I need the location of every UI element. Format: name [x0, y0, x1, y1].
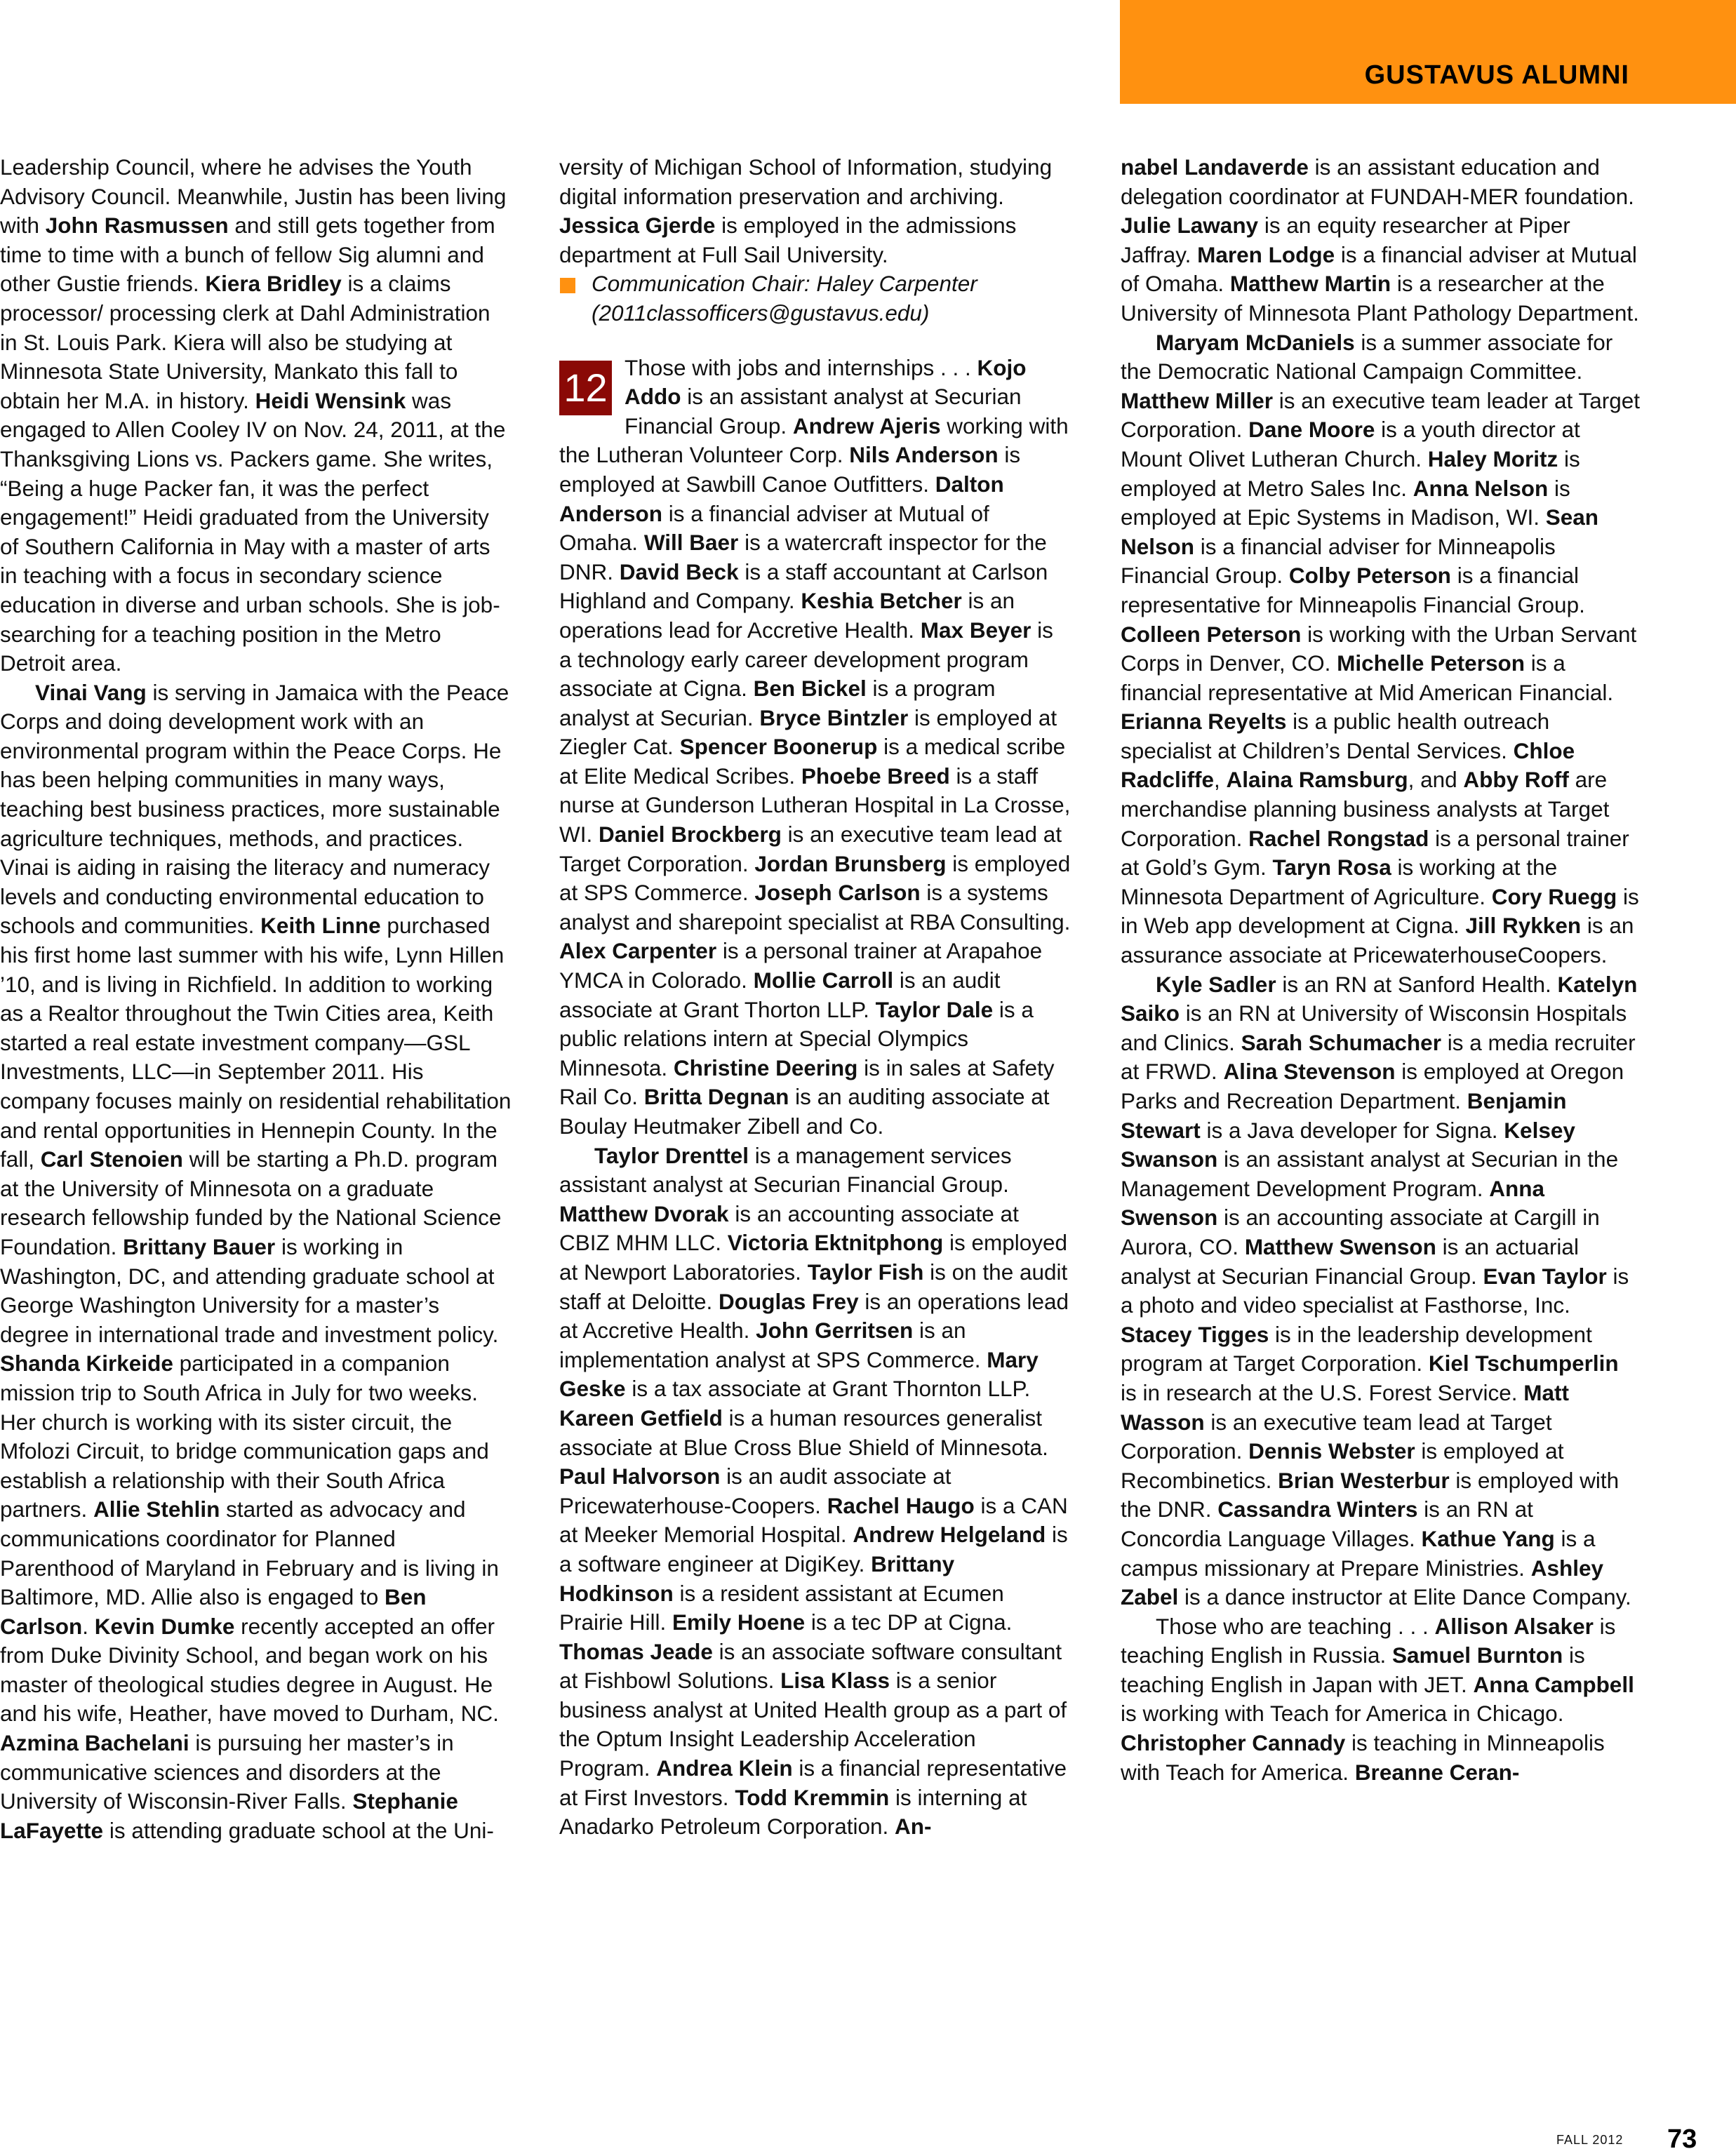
- alumni-name: Taylor Drenttel: [594, 1143, 749, 1168]
- alumni-name: Thomas Jeade: [559, 1639, 713, 1664]
- alumni-name: Will Baer: [644, 530, 739, 555]
- alumni-name: Taylor Fish: [808, 1259, 924, 1285]
- issue-season: FALL 2012: [1556, 2133, 1623, 2148]
- alumni-name: Carl Stenoien: [41, 1146, 183, 1172]
- alumni-name: Jessica Gjerde: [559, 213, 715, 238]
- alumni-name: Spencer Boonerup: [680, 734, 878, 759]
- alumni-name: Victoria Ektnitphong: [728, 1230, 943, 1255]
- text-column-3: nabel Landaverde is an assistant educati…: [1121, 153, 1640, 1787]
- alumni-name: Matthew Miller: [1121, 388, 1273, 413]
- alumni-name: Anna Nelson: [1413, 476, 1549, 501]
- alumni-name: Kiel Tschumperlin: [1429, 1351, 1619, 1376]
- alumni-name: Cory Ruegg: [1492, 884, 1617, 909]
- alumni-name: Mollie Carroll: [754, 967, 894, 993]
- alumni-name: Andrew Helgeland: [853, 1522, 1046, 1547]
- alumni-name: Erianna Reyelts: [1121, 709, 1286, 734]
- paragraph: Leadership Council, where he advises the…: [0, 153, 512, 678]
- alumni-name: Jordan Brunsberg: [754, 851, 946, 876]
- alumni-name: Taryn Rosa: [1273, 855, 1391, 880]
- text-column-2: versity of Michigan School of Informatio…: [559, 153, 1071, 1842]
- alumni-name: Douglas Frey: [719, 1289, 859, 1314]
- class-of-2012-section: 12 Those with jobs and internships . . .…: [559, 354, 1071, 1141]
- page-number: 73: [1667, 2124, 1697, 2155]
- alumni-name: Emily Hoene: [672, 1609, 805, 1635]
- alumni-name: Alex Carpenter: [559, 938, 716, 963]
- alumni-name: Matt Wasson: [1121, 1380, 1569, 1435]
- text-column-1: Leadership Council, where he advises the…: [0, 153, 512, 1845]
- alumni-name: Anna Campbell: [1474, 1672, 1634, 1697]
- alumni-name: Colleen Peterson: [1121, 622, 1301, 647]
- alumni-name: Anna Swenson: [1121, 1176, 1544, 1231]
- alumni-name: Ben Bickel: [754, 676, 867, 701]
- alumni-name: Azmina Bachelani: [0, 1730, 189, 1755]
- alumni-name: Joseph Carlson: [754, 880, 920, 905]
- alumni-name: Alina Stevenson: [1223, 1059, 1395, 1084]
- paragraph: Vinai Vang is serving in Jamaica with th…: [0, 678, 512, 1846]
- paragraph: Kyle Sadler is an RN at Sanford Health. …: [1121, 970, 1640, 1612]
- alumni-name: Dennis Webster: [1248, 1438, 1415, 1464]
- paragraph: nabel Landaverde is an assistant educati…: [1121, 153, 1640, 328]
- alumni-name: nabel Landaverde: [1121, 154, 1309, 180]
- alumni-name: Vinai Vang: [35, 680, 147, 705]
- alumni-name: Taylor Dale: [876, 997, 993, 1022]
- alumni-name: Ashley Zabel: [1121, 1555, 1603, 1610]
- alumni-name: Keith Linne: [260, 913, 381, 938]
- alumni-name: Dane Moore: [1248, 417, 1375, 442]
- alumni-name: Brittany Bauer: [123, 1234, 275, 1259]
- alumni-name: Kojo Addo: [625, 355, 1027, 410]
- note-text: Communication Chair: Haley Carpenter (20…: [592, 271, 977, 326]
- alumni-name: Allison Alsaker: [1434, 1614, 1593, 1639]
- alumni-name: Benjamin Stewart: [1121, 1088, 1567, 1143]
- alumni-name: Bryce Bintzler: [759, 705, 908, 730]
- alumni-name: Allie Stehlin: [93, 1497, 220, 1522]
- alumni-name: Daniel Brockberg: [599, 822, 782, 847]
- alumni-name: Keshia Betcher: [801, 588, 961, 613]
- alumni-name: Rachel Haugo: [827, 1493, 975, 1518]
- paragraph: Those with jobs and internships . . . Ko…: [559, 354, 1071, 1141]
- alumni-name: Alaina Ramsburg: [1227, 767, 1408, 792]
- alumni-name: Matthew Swenson: [1245, 1234, 1436, 1259]
- alumni-name: Maryam McDaniels: [1156, 330, 1355, 355]
- alumni-name: Jill Rykken: [1465, 913, 1581, 938]
- orange-square-bullet-icon: [560, 278, 575, 293]
- alumni-name: Matthew Dvorak: [559, 1201, 729, 1226]
- alumni-name: Phoebe Breed: [801, 763, 950, 789]
- paragraph: Maryam McDaniels is a summer associate f…: [1121, 328, 1640, 970]
- class-year-badge: 12: [559, 361, 612, 415]
- alumni-name: Colby Peterson: [1289, 563, 1451, 588]
- alumni-name: Kiera Bridley: [205, 271, 341, 296]
- alumni-name: Heidi Wensink: [255, 388, 406, 413]
- alumni-name: Max Beyer: [921, 617, 1031, 643]
- alumni-name: Todd Kremmin: [735, 1785, 889, 1810]
- alumni-name: Dalton Anderson: [559, 471, 1004, 526]
- alumni-name: Kyle Sadler: [1156, 972, 1276, 997]
- paragraph: versity of Michigan School of Informatio…: [559, 153, 1071, 269]
- alumni-name: Maren Lodge: [1197, 242, 1335, 267]
- alumni-name: Andrea Klein: [656, 1755, 792, 1781]
- alumni-name: Rachel Rongstad: [1248, 826, 1429, 851]
- alumni-name: Sean Nelson: [1121, 504, 1598, 559]
- alumni-name: Shanda Kirkeide: [0, 1351, 173, 1376]
- alumni-name: Sarah Schumacher: [1241, 1030, 1441, 1055]
- alumni-name: Kareen Getfield: [559, 1405, 723, 1431]
- alumni-name: Britta Degnan: [644, 1084, 789, 1109]
- alumni-name: Lisa Klass: [780, 1668, 890, 1693]
- alumni-name: John Gerritsen: [756, 1318, 913, 1343]
- paragraph: Those who are teaching . . . Allison Als…: [1121, 1612, 1640, 1788]
- alumni-name: Christopher Cannady: [1121, 1730, 1345, 1755]
- alumni-name: Samuel Burnton: [1392, 1642, 1563, 1668]
- paragraph: Taylor Drenttel is a management services…: [559, 1141, 1071, 1842]
- alumni-name: Stacey Tigges: [1121, 1322, 1269, 1347]
- alumni-name: Evan Taylor: [1483, 1264, 1607, 1289]
- alumni-name: Andrew Ajeris: [793, 413, 941, 438]
- alumni-name: Brian Westerbur: [1278, 1468, 1449, 1493]
- alumni-name: Matthew Martin: [1230, 271, 1391, 296]
- alumni-name: An-: [895, 1814, 931, 1839]
- alumni-name: Nils Anderson: [849, 442, 998, 467]
- alumni-name: Paul Halvorson: [559, 1464, 720, 1489]
- section-header-band: GUSTAVUS ALUMNI: [1120, 0, 1736, 104]
- alumni-name: Christine Deering: [674, 1055, 858, 1080]
- alumni-name: Michelle Peterson: [1337, 650, 1525, 676]
- alumni-name: John Rasmussen: [46, 213, 229, 238]
- alumni-name: David Beck: [620, 559, 739, 584]
- alumni-name: Brittany Hodkinson: [559, 1551, 954, 1606]
- alumni-name: Stephanie LaFayette: [0, 1788, 458, 1843]
- alumni-name: Mary Geske: [559, 1347, 1039, 1402]
- alumni-name: Julie Lawany: [1121, 213, 1258, 238]
- alumni-name: Cassandra Winters: [1217, 1497, 1417, 1522]
- alumni-name: Kevin Dumke: [95, 1614, 235, 1639]
- class-officer-note: Communication Chair: Haley Carpenter (20…: [559, 269, 1071, 328]
- alumni-name: Abby Roff: [1463, 767, 1568, 792]
- section-title: GUSTAVUS ALUMNI: [1365, 60, 1629, 91]
- alumni-name: Breanne Ceran-: [1355, 1760, 1520, 1785]
- alumni-name: Kathue Yang: [1421, 1526, 1554, 1551]
- alumni-name: Haley Moritz: [1428, 446, 1558, 471]
